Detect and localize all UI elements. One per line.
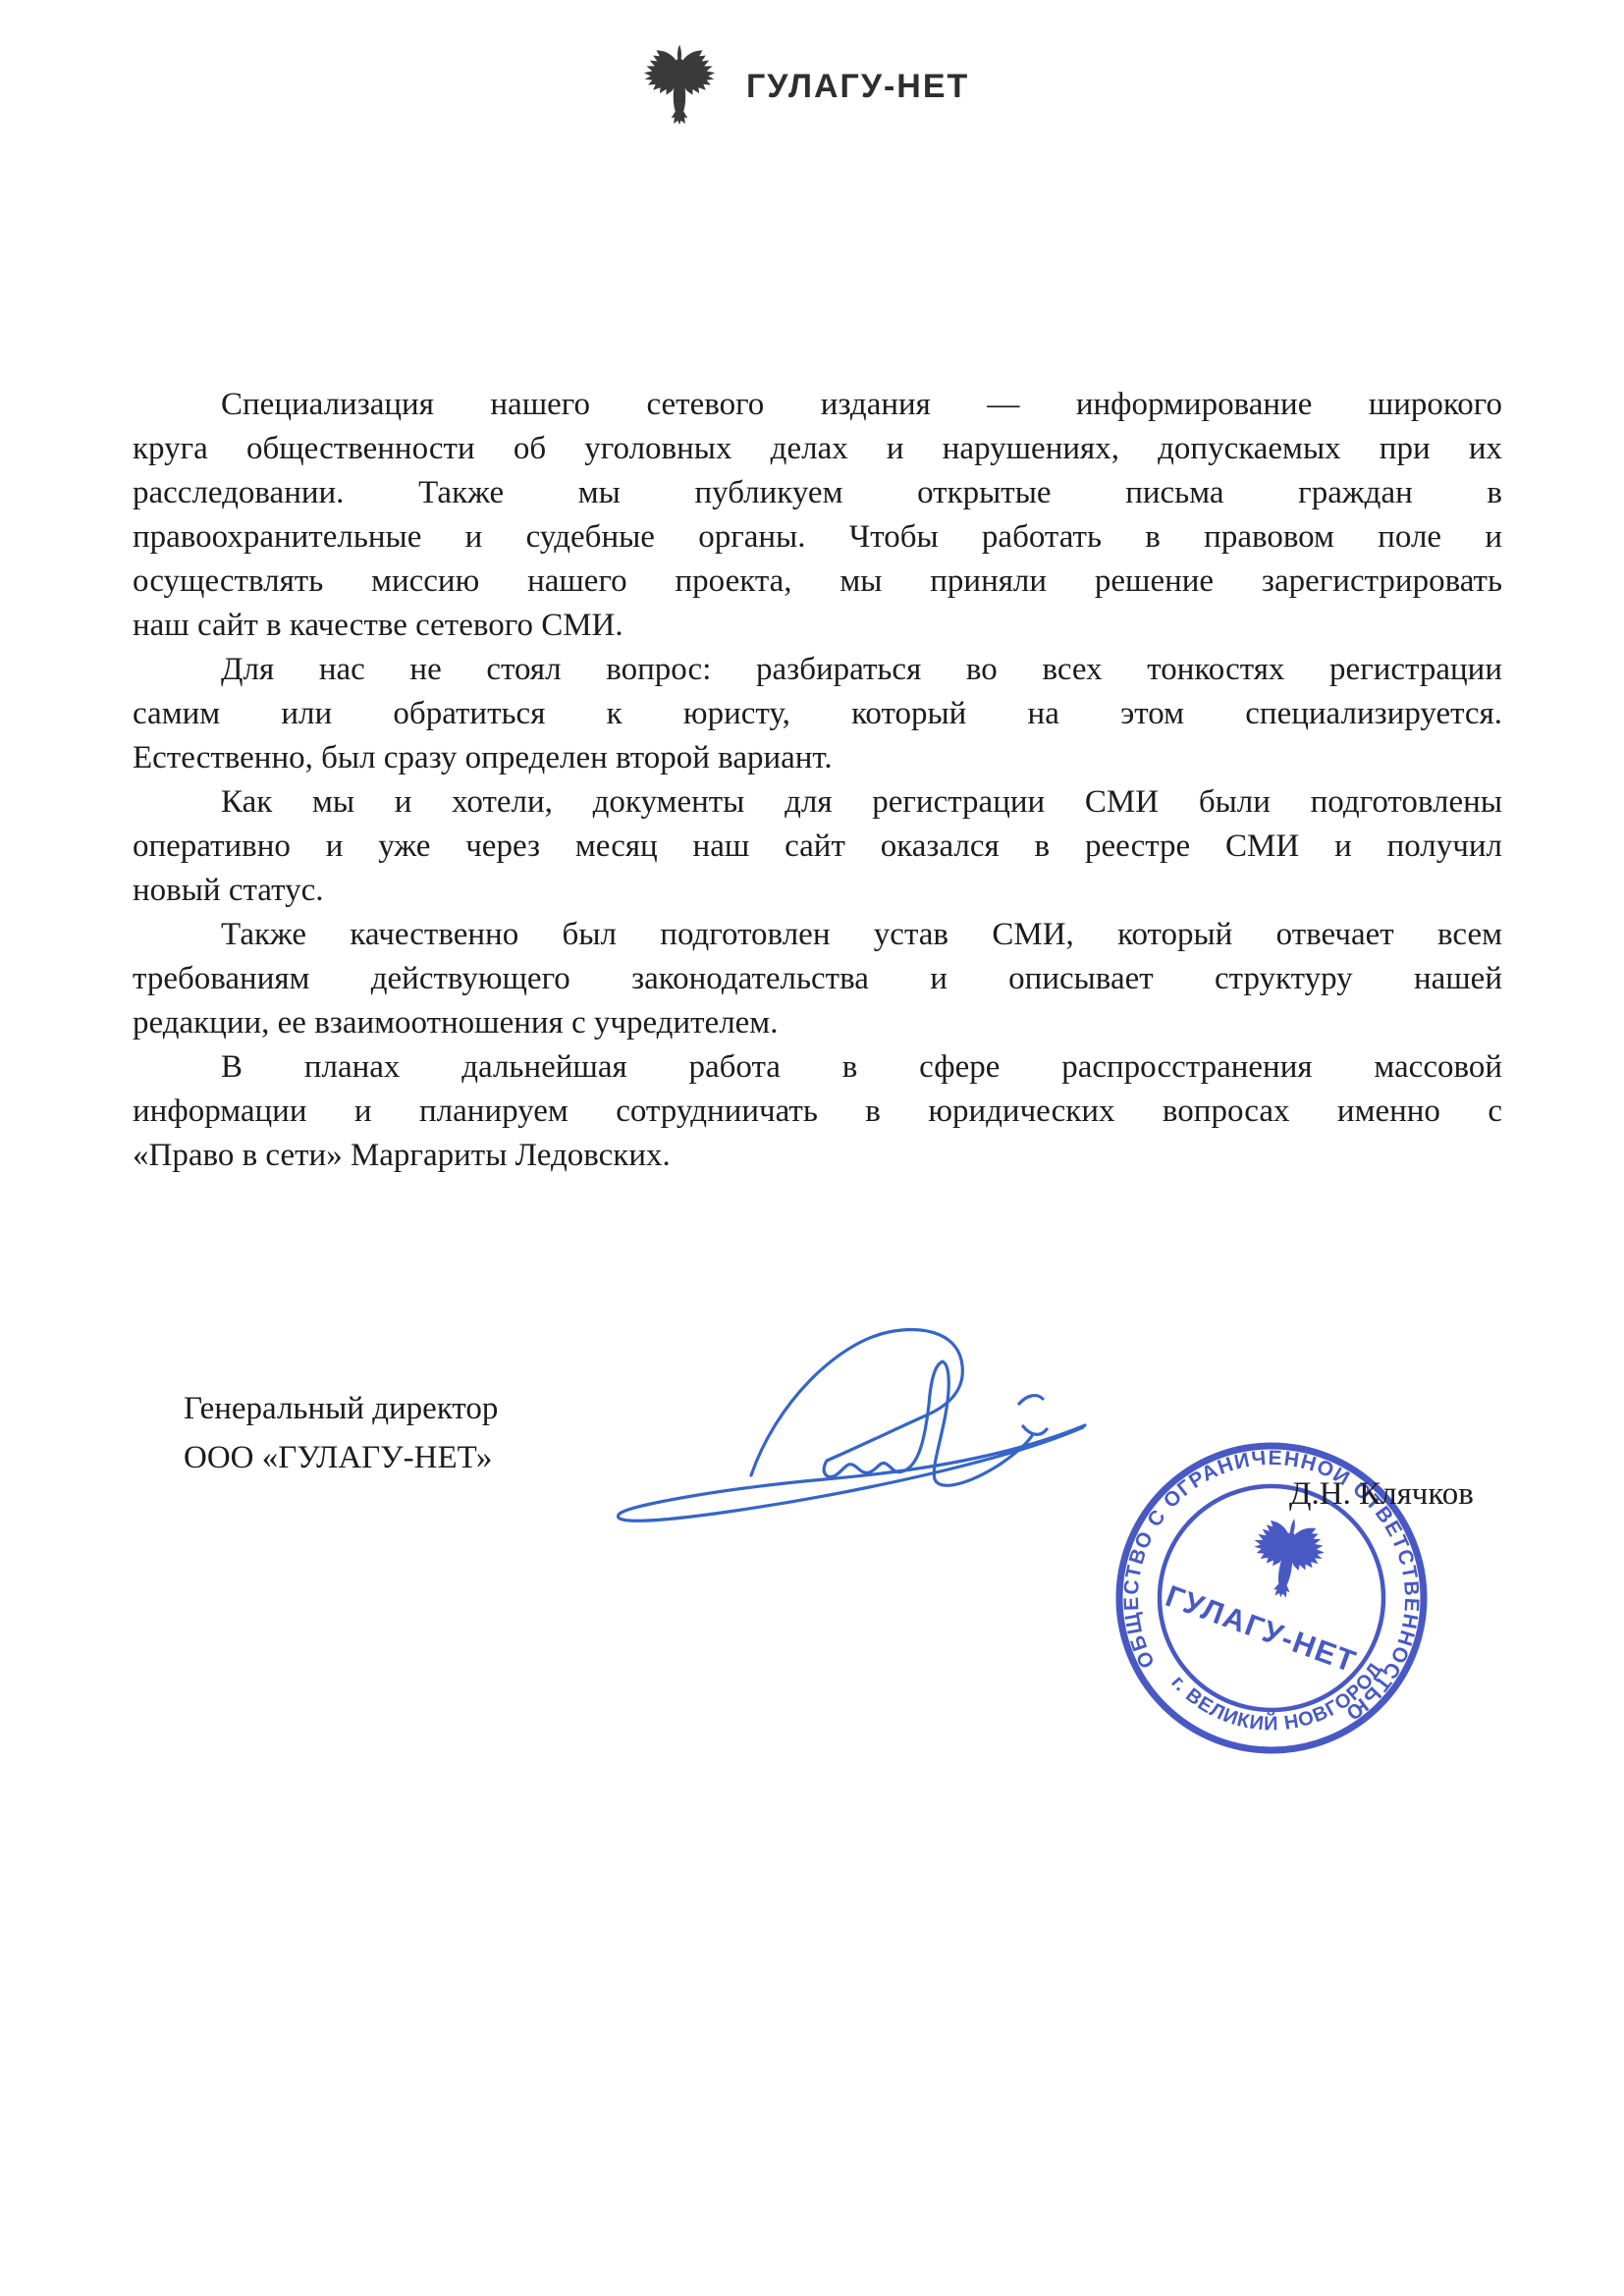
letter-body: Специализация нашего сетевого издания — … — [133, 383, 1502, 1178]
stamp-center-text: ГУЛАГУ-НЕТ — [1162, 1578, 1362, 1680]
signatory-title-line1: Генеральный директор — [184, 1384, 498, 1433]
body-line: Специализация нашего сетевого издания — … — [133, 383, 1502, 427]
body-line: «Право в сети» Маргариты Ледовских. — [133, 1134, 1502, 1178]
body-line: оперативно и уже через месяц наш сайт ок… — [133, 825, 1502, 869]
body-line: редакции, ее взаимоотношения с учредител… — [133, 1001, 1502, 1045]
body-line: Также качественно был подготовлен устав … — [133, 913, 1502, 957]
body-line: Как мы и хотели, документы для регистрац… — [133, 780, 1502, 825]
body-line: круга общественности об уголовных делах … — [133, 427, 1502, 471]
body-line: информации и планируем сотрудниичать в ю… — [133, 1090, 1502, 1134]
body-line: правоохранительные и судебные органы. Чт… — [133, 515, 1502, 560]
signature-stroke-underline — [618, 1425, 1085, 1521]
signatory-title-line2: ООО «ГУЛАГУ-НЕТ» — [184, 1433, 498, 1482]
body-line: В планах дальнейшая работа в сфере распр… — [133, 1045, 1502, 1090]
phoenix-logo-icon — [638, 41, 721, 126]
signature-stroke-main — [751, 1330, 1033, 1486]
signatory-name: Д.Н. Клячков — [1289, 1472, 1474, 1517]
body-line: Для нас не стоял вопрос: разбираться во … — [133, 648, 1502, 692]
body-line: требованиям действующего законодательств… — [133, 957, 1502, 1001]
document-page: ГУЛАГУ-НЕТ Специализация нашего сетевого… — [0, 0, 1624, 2296]
body-line: расследовании. Также мы публикуем открыт… — [133, 471, 1502, 515]
logo-wordmark: ГУЛАГУ-НЕТ — [746, 68, 969, 106]
signatory-title: Генеральный директор ООО «ГУЛАГУ-НЕТ» — [184, 1384, 498, 1482]
body-line: осуществлять миссию нашего проекта, мы п… — [133, 560, 1502, 604]
logo: ГУЛАГУ-НЕТ — [638, 41, 969, 126]
body-line: наш сайт в качестве сетевого СМИ. — [133, 604, 1502, 648]
body-line: самим или обратиться к юристу, который н… — [133, 692, 1502, 736]
signature-stroke-flick — [1019, 1396, 1047, 1435]
body-line: Естественно, был сразу определен второй … — [133, 736, 1502, 780]
stamp-phoenix-icon — [1245, 1513, 1328, 1604]
body-line: новый статус. — [133, 869, 1502, 913]
handwritten-signature — [579, 1310, 1100, 1536]
